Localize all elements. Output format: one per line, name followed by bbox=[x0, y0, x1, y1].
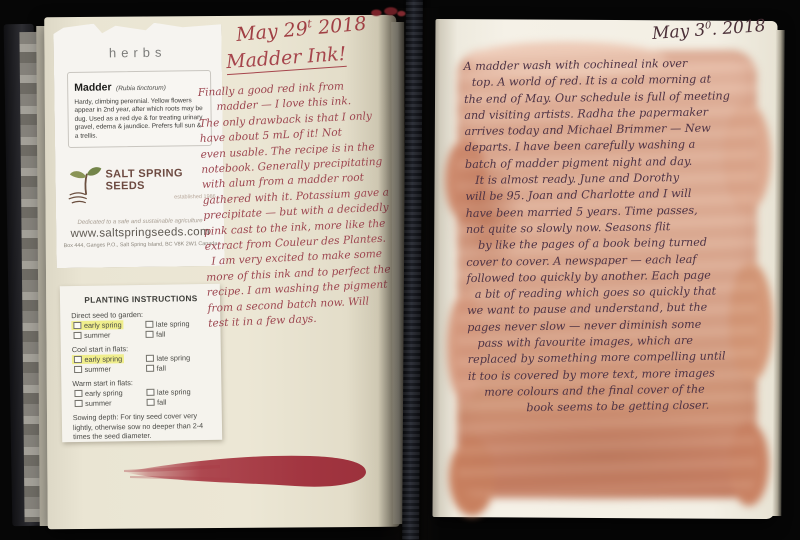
checkbox-icon bbox=[74, 356, 82, 364]
sprout-icon bbox=[65, 164, 106, 207]
ribbon-bookmark bbox=[402, 0, 423, 540]
brand-tagline: Dedicated to a safe and sustainable agri… bbox=[56, 218, 224, 226]
right-entry-body: A madder wash with cochineal ink overtop… bbox=[464, 55, 761, 418]
planting-groups: Direct seed to garden:early springlate s… bbox=[71, 309, 213, 408]
brush-stroke-swatch bbox=[120, 444, 372, 500]
planting-option: late spring bbox=[144, 387, 192, 397]
checkbox-icon bbox=[147, 399, 155, 407]
planting-option-label: late spring bbox=[156, 353, 190, 363]
planting-option-label: fall bbox=[157, 364, 166, 373]
handwritten-line: book seems to be getting closer. bbox=[526, 397, 760, 417]
packet-header: herbs bbox=[54, 44, 222, 61]
checkbox-icon bbox=[146, 365, 154, 373]
planting-option: summer bbox=[71, 330, 112, 340]
journal-photo: herbs Madder (Rubia tinctorum) Hardy, cl… bbox=[0, 0, 800, 540]
planting-option-label: summer bbox=[85, 398, 111, 407]
plant-description: Hardy, climbing perennial. Yellow flower… bbox=[74, 97, 205, 141]
planting-option-label: early spring bbox=[85, 388, 123, 398]
planting-option: fall bbox=[144, 364, 168, 373]
planting-option-label: fall bbox=[156, 330, 165, 339]
left-entry-body: Finally a good red ink frommadder — I lo… bbox=[197, 78, 380, 332]
planting-option: fall bbox=[143, 330, 167, 339]
planting-option: summer bbox=[72, 364, 113, 374]
planting-card-title: PLANTING INSTRUCTIONS bbox=[71, 293, 211, 305]
plant-info-box: Madder (Rubia tinctorum) Hardy, climbing… bbox=[67, 70, 212, 148]
plant-latin-name: (Rubia tinctorum) bbox=[116, 85, 166, 93]
planting-option-label: early spring bbox=[84, 320, 122, 330]
planting-option: early spring bbox=[71, 320, 123, 330]
brand-address: Box 444, Ganges P.O., Salt Spring Island… bbox=[56, 241, 224, 249]
brand-logo-row: SALT SPRING SEEDS established 1986 bbox=[65, 162, 216, 206]
planting-instructions-card: PLANTING INSTRUCTIONS Direct seed to gar… bbox=[60, 284, 222, 442]
brand-established: established 1986 bbox=[106, 194, 216, 202]
planting-option-label: fall bbox=[157, 398, 166, 407]
planting-option-label: late spring bbox=[157, 387, 191, 397]
checkbox-icon bbox=[146, 355, 154, 363]
planting-group: Direct seed to garden:early springlate s… bbox=[71, 309, 211, 340]
seed-packet: herbs Madder (Rubia tinctorum) Hardy, cl… bbox=[53, 22, 224, 268]
plant-name: Madder bbox=[74, 81, 112, 94]
sowing-note: Sowing depth: For tiny seed cover very l… bbox=[73, 411, 213, 442]
checkbox-icon bbox=[73, 322, 81, 330]
planting-option: late spring bbox=[144, 353, 192, 363]
brand-website: www.saltspringseeds.com bbox=[56, 226, 224, 240]
planting-option: fall bbox=[145, 398, 169, 407]
planting-option: early spring bbox=[72, 354, 124, 364]
planting-option-label: summer bbox=[85, 364, 111, 373]
checkbox-icon bbox=[74, 366, 82, 374]
planting-group: Warm start in flats:early springlate spr… bbox=[72, 377, 212, 408]
planting-option: late spring bbox=[143, 319, 191, 329]
ink-stain-spine bbox=[368, 4, 406, 20]
planting-option-label: summer bbox=[84, 330, 110, 339]
checkbox-icon bbox=[145, 331, 153, 339]
planting-group: Cool start in flats:early springlate spr… bbox=[72, 343, 212, 374]
brand-name: SALT SPRING SEEDS bbox=[105, 167, 215, 193]
checkbox-icon bbox=[145, 321, 153, 329]
checkbox-icon bbox=[74, 332, 82, 340]
planting-option-label: early spring bbox=[84, 354, 122, 364]
planting-option: early spring bbox=[72, 388, 124, 398]
planting-option: summer bbox=[73, 398, 114, 408]
checkbox-icon bbox=[74, 390, 82, 398]
planting-option-label: late spring bbox=[156, 319, 190, 329]
checkbox-icon bbox=[75, 400, 83, 408]
checkbox-icon bbox=[146, 389, 154, 397]
